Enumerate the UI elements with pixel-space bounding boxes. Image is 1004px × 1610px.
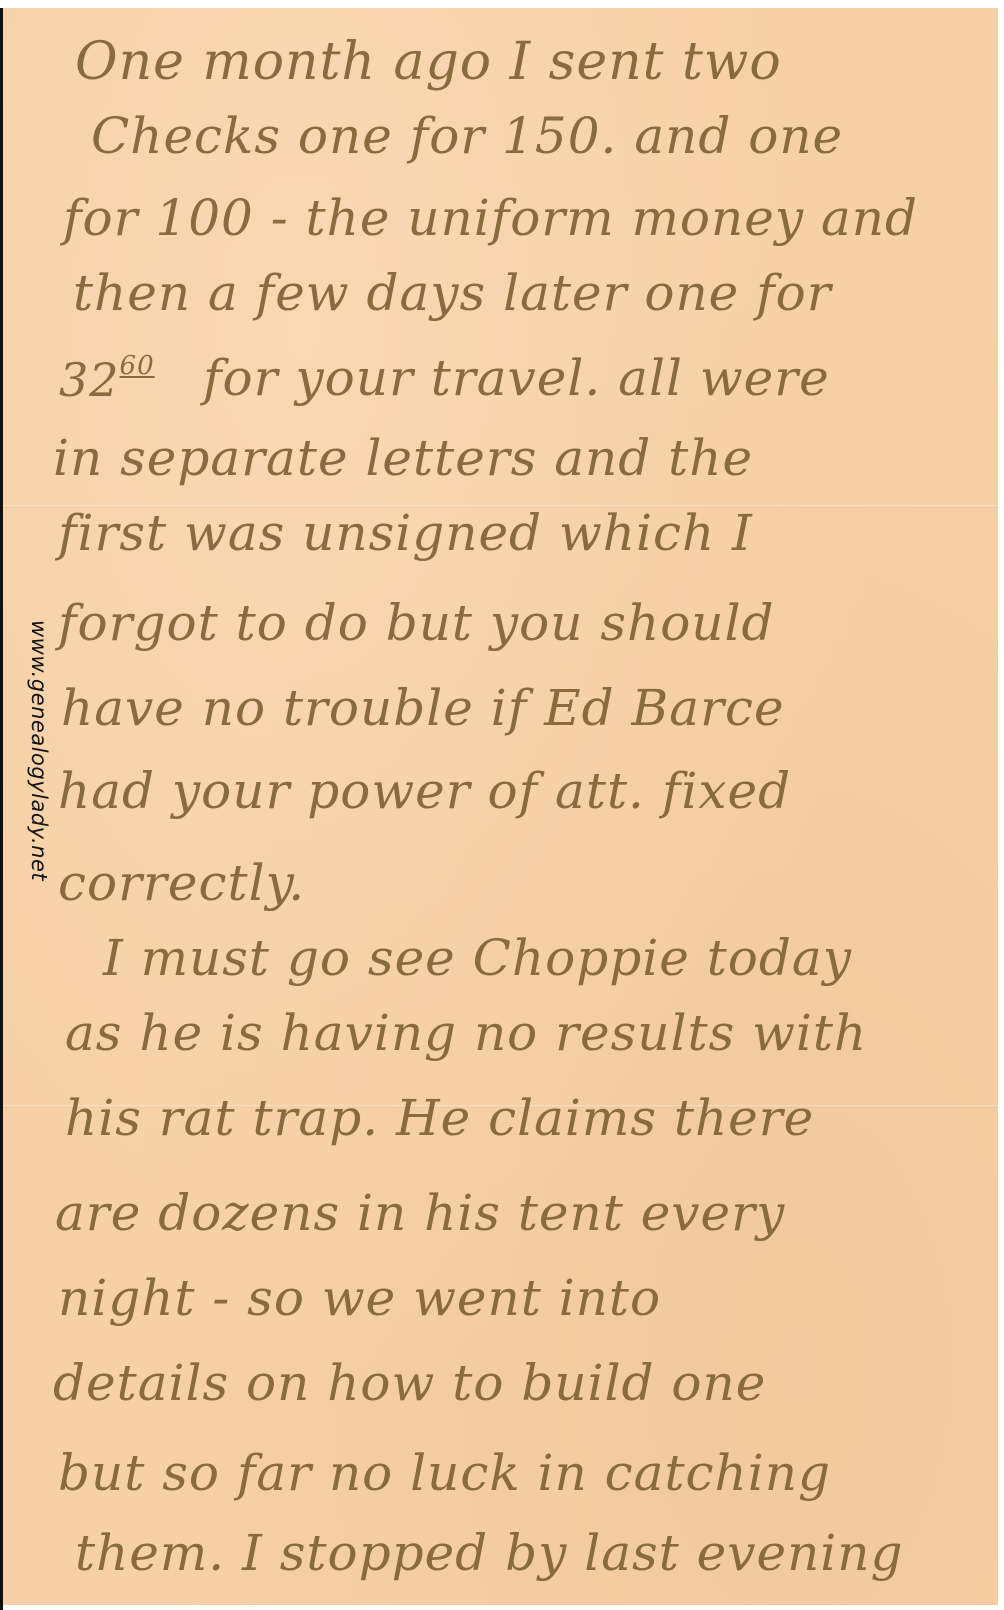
- paper-sheet: www.genealogylady.net One month ago I se…: [3, 8, 998, 1605]
- letter-line: them. I stopped by last evening: [75, 1528, 904, 1578]
- letter-line: for your travel. all were: [203, 353, 830, 403]
- letter-line: forgot to do but you should: [58, 598, 775, 648]
- letter-line: I must go see Choppie today: [103, 933, 852, 983]
- letter-line: in separate letters and the: [53, 433, 753, 483]
- letter-line: for 100 - the uniform money and: [63, 193, 918, 243]
- watermark: www.genealogylady.net: [21, 620, 51, 980]
- letter-line: One month ago I sent two: [75, 36, 782, 88]
- letter-line: then a few days later one for: [73, 268, 832, 318]
- letter-line: correctly.: [58, 858, 305, 908]
- amount-cents: 60: [120, 351, 155, 381]
- letter-line: have no trouble if Ed Barce: [61, 683, 785, 733]
- letter-line: first was unsigned which I: [58, 508, 753, 558]
- letter-line: as he is having no results with: [65, 1008, 867, 1058]
- letter-line: his rat trap. He claims there: [65, 1093, 814, 1143]
- letter-line: are dozens in his tent every: [55, 1188, 785, 1238]
- amount-dollars: 32: [59, 353, 120, 407]
- letter-line: details on how to build one: [53, 1358, 766, 1408]
- letter-line: night - so we went into: [58, 1273, 661, 1323]
- letter-line: Checks one for 150. and one: [91, 111, 843, 161]
- letter-line: had your power of att. fixed: [58, 766, 791, 816]
- letter-line: but so far no luck in catching: [58, 1448, 831, 1498]
- letter-page: www.genealogylady.net One month ago I se…: [0, 0, 1004, 1610]
- letter-line-amount: 3260: [59, 353, 155, 403]
